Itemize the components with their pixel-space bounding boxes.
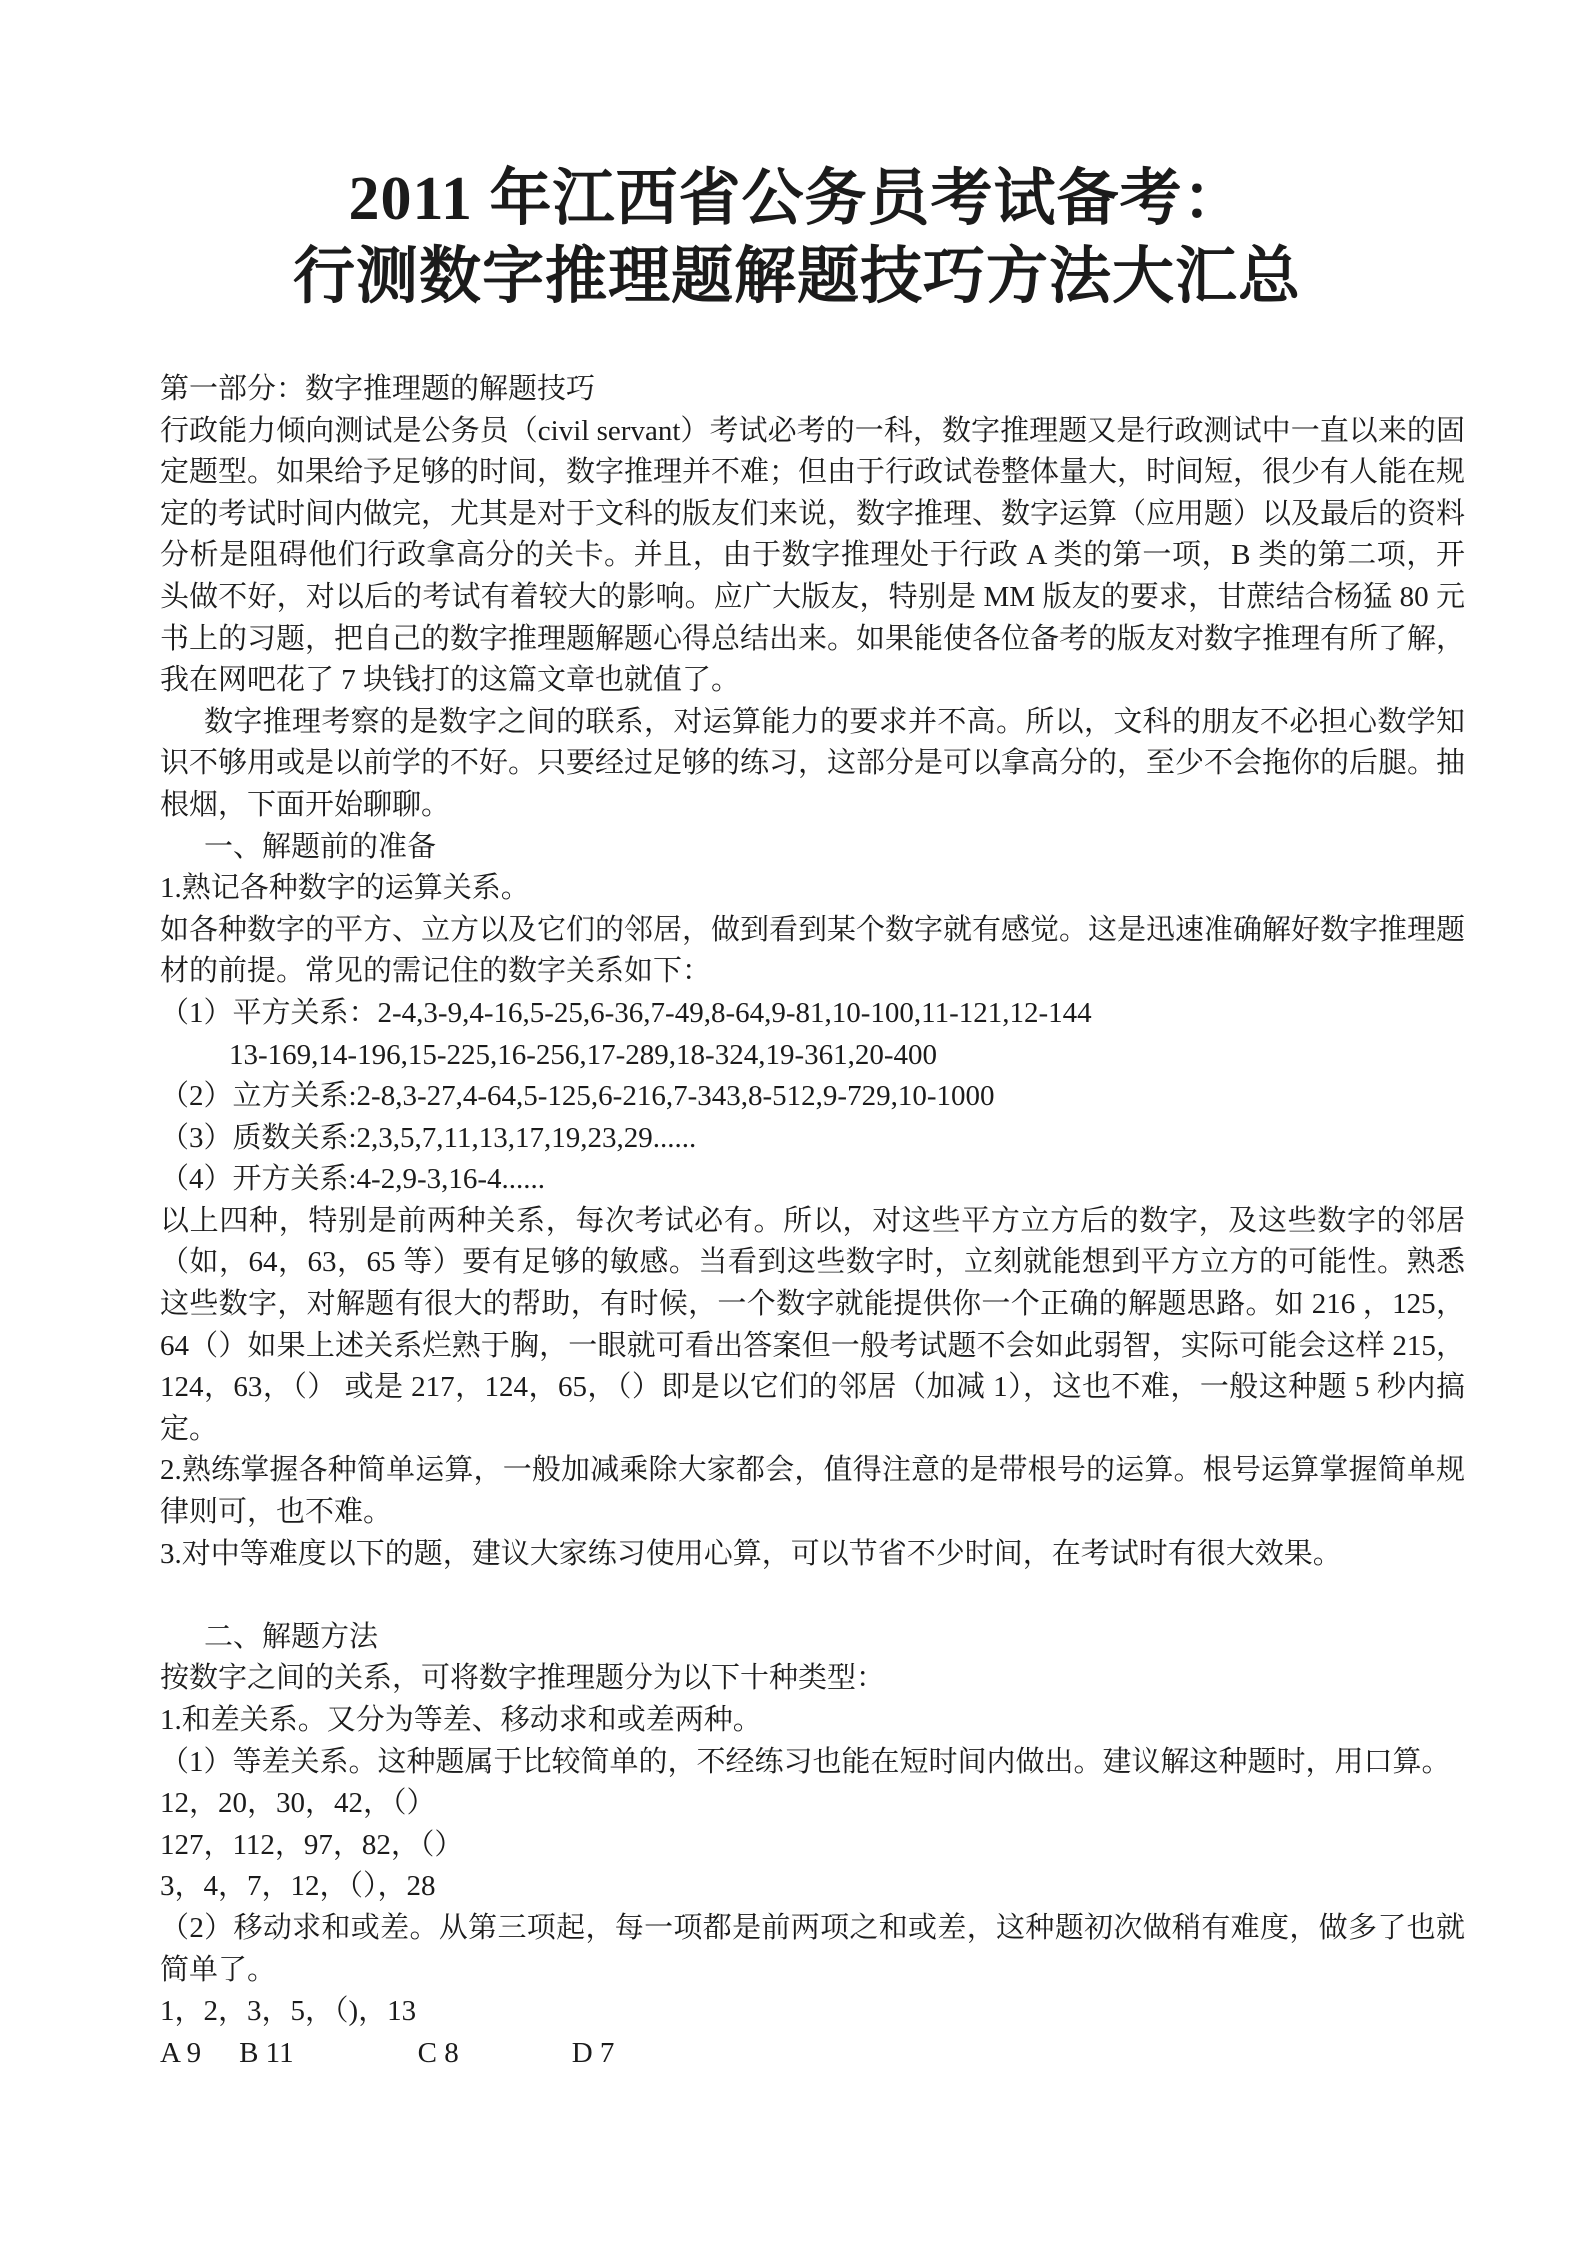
paragraph: 12，20，30，42，（） <box>160 1783 1465 1825</box>
paragraph: （3）质数关系:2,3,5,7,11,13,17,19,23,29...... <box>160 1118 1465 1160</box>
paragraph: （2）立方关系:2-8,3-27,4-64,5-125,6-216,7-343,… <box>160 1076 1465 1118</box>
paragraph: 如各种数字的平方、立方以及它们的邻居，做到看到某个数字就有感觉。这是迅速准确解好… <box>160 910 1465 993</box>
answer-option: A 9 <box>160 2033 201 2075</box>
answer-option: D 7 <box>572 2033 615 2075</box>
paragraph: 127，112，97，82，（） <box>160 1825 1465 1867</box>
paragraph: 行政能力倾向测试是公务员（civil servant）考试必考的一科，数字推理题… <box>160 411 1465 702</box>
document-title: 2011 年江西省公务员考试备考： 行测数字推理题解题技巧方法大汇总 <box>0 160 1594 316</box>
paragraph: 按数字之间的关系，可将数字推理题分为以下十种类型： <box>160 1658 1465 1700</box>
paragraph: （4）开方关系:4-2,9-3,16-4...... <box>160 1159 1465 1201</box>
answer-option: B 11 <box>239 2033 294 2075</box>
paragraph: （1）平方关系：2-4,3-9,4-16,5-25,6-36,7-49,8-64… <box>160 993 1465 1035</box>
answer-row: A 9B 11C 8D 7 <box>160 2033 1465 2075</box>
paragraph: （2）移动求和或差。从第三项起，每一项都是前两项之和或差，这种题初次做稍有难度，… <box>160 1908 1465 1991</box>
paragraph: 数字推理考察的是数字之间的联系，对运算能力的要求并不高。所以，文科的朋友不必担心… <box>160 702 1465 827</box>
paragraph: 以上四种，特别是前两种关系，每次考试必有。所以，对这些平方立方后的数字，及这些数… <box>160 1201 1465 1451</box>
document-body: 第一部分：数字推理题的解题技巧行政能力倾向测试是公务员（civil servan… <box>160 369 1465 2074</box>
paragraph: 3，4，7，12，（），28 <box>160 1866 1465 1908</box>
answer-option: C 8 <box>418 2033 459 2075</box>
paragraph: 一、解题前的准备 <box>160 827 1465 869</box>
title-line-1: 2011 年江西省公务员考试备考： <box>0 160 1594 238</box>
paragraph: 1.熟记各种数字的运算关系。 <box>160 868 1465 910</box>
paragraph: （1）等差关系。这种题属于比较简单的，不经练习也能在短时间内做出。建议解这种题时… <box>160 1742 1465 1784</box>
paragraph: 1，2，3，5，（)，13 <box>160 1991 1465 2033</box>
paragraph: 13-169,14-196,15-225,16-256,17-289,18-32… <box>160 1035 1465 1077</box>
paragraph: 1.和差关系。又分为等差、移动求和或差两种。 <box>160 1700 1465 1742</box>
blank-line <box>160 1575 1465 1617</box>
paragraph: 第一部分：数字推理题的解题技巧 <box>160 369 1465 411</box>
document-page: 2011 年江西省公务员考试备考： 行测数字推理题解题技巧方法大汇总 第一部分：… <box>0 0 1594 2252</box>
paragraph: 二、解题方法 <box>160 1617 1465 1659</box>
paragraph: 3.对中等难度以下的题，建议大家练习使用心算，可以节省不少时间，在考试时有很大效… <box>160 1534 1465 1576</box>
paragraph: 2.熟练掌握各种简单运算，一般加减乘除大家都会，值得注意的是带根号的运算。根号运… <box>160 1450 1465 1533</box>
title-line-2: 行测数字推理题解题技巧方法大汇总 <box>0 238 1594 316</box>
